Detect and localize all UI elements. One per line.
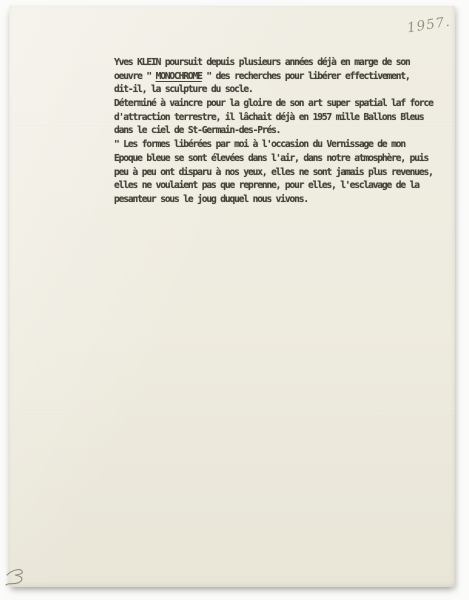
typewritten-line: " Les formes libérées par moi à l'occasi… (114, 138, 444, 152)
handwritten-corner-mark (5, 563, 35, 591)
typewritten-line: pesanteur sous le joug duquel nous vivon… (114, 193, 444, 207)
paper-crease (9, 408, 455, 410)
underlined-word: MONOCHROME (156, 71, 202, 82)
typewritten-line: elles ne voulaient pas que reprenne, pou… (114, 179, 444, 193)
handwritten-year-annotation: 1957. (406, 14, 452, 37)
typewritten-line: oeuvre " MONOCHROME " des recherches pou… (114, 70, 444, 84)
typewritten-line: dit-il, la sculpture du socle. (114, 83, 444, 97)
typewritten-line: Yves KLEIN poursuit depuis plusieurs ann… (114, 56, 444, 70)
scan-background: 1957. Yves KLEIN poursuit depuis plusieu… (0, 0, 469, 600)
typewritten-text: Yves KLEIN poursuit depuis plusieurs ann… (114, 56, 444, 207)
typewritten-line: Déterminé à vaincre pour la gloire de so… (114, 97, 444, 111)
typewritten-line: Epoque bleue se sont élevées dans l'air,… (114, 152, 444, 166)
typewritten-line: dans le ciel de St-Germain-des-Prés. (114, 124, 444, 138)
typewritten-line: peu à peu ont disparu à nos yeux, elles … (114, 166, 444, 180)
typewritten-line: d'attraction terrestre, il lâchait déjà … (114, 111, 444, 125)
